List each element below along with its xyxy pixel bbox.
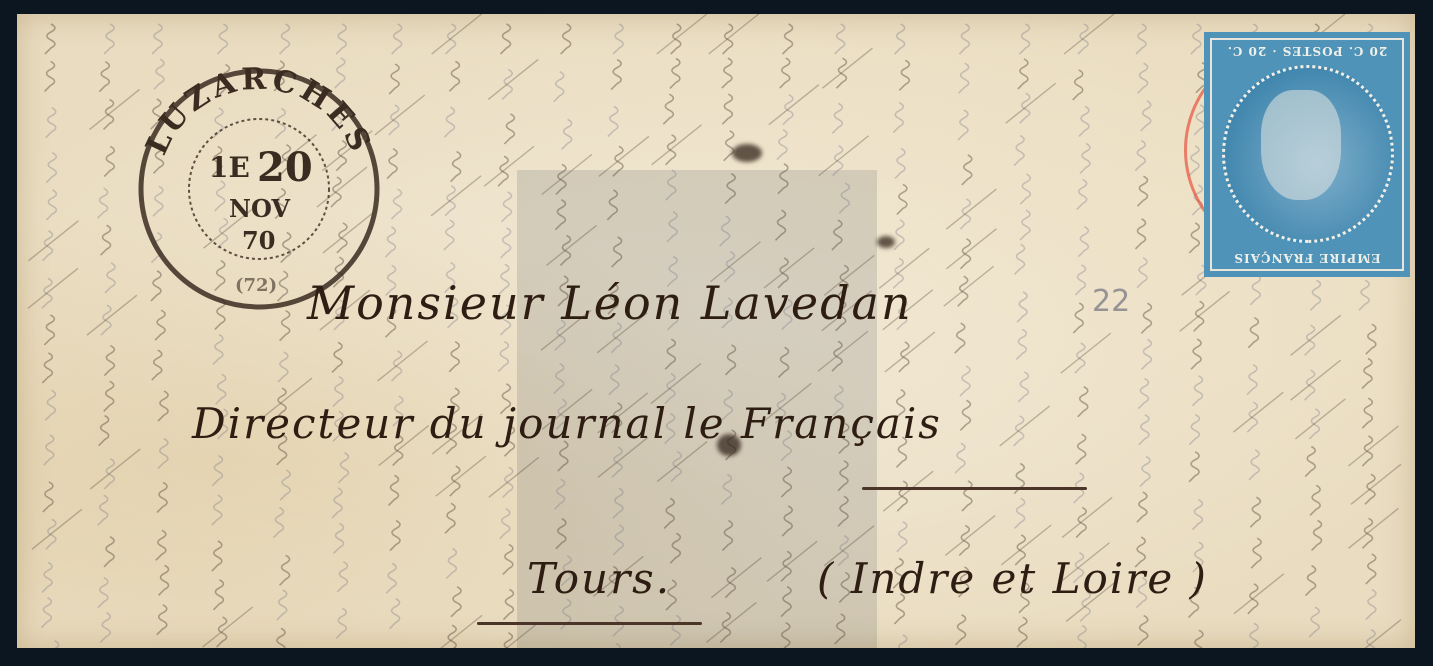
ink-blot: [877, 236, 895, 248]
postmark-year: 70: [242, 226, 275, 255]
envelope: LUZARCHES 1E 20 NOV 70 (72) EMPIRE FRANÇ…: [17, 14, 1415, 648]
stamp-medallion: [1222, 65, 1394, 243]
postmark-lower-mark: (72): [235, 275, 277, 296]
ink-blot: [732, 144, 762, 162]
underline-stroke: [862, 487, 1087, 490]
postmark-month: NOV: [229, 194, 290, 223]
stamp-bottom-inscription: EMPIRE FRANÇAIS: [1214, 247, 1400, 269]
emperor-portrait: [1261, 90, 1341, 200]
address-line-recipient: Monsieur Léon Lavedan: [307, 276, 913, 330]
address-line-region: ( Indre et Loire ): [817, 554, 1208, 603]
address-line-city: Tours.: [527, 554, 671, 603]
postmark-collection: 1E: [209, 151, 250, 184]
stamp-top-inscription: 20 C. POSTES · 20 C.: [1214, 40, 1400, 62]
pencil-note: 22: [1092, 284, 1130, 319]
address-line-title: Directeur du journal le Français: [192, 399, 942, 448]
stamp: EMPIRE FRANÇAIS 20 C. POSTES · 20 C.: [1204, 32, 1410, 277]
stamp-area: EMPIRE FRANÇAIS 20 C. POSTES · 20 C.: [1192, 22, 1417, 280]
underline-stroke: [477, 622, 702, 625]
postmark-day: 20: [257, 144, 313, 191]
